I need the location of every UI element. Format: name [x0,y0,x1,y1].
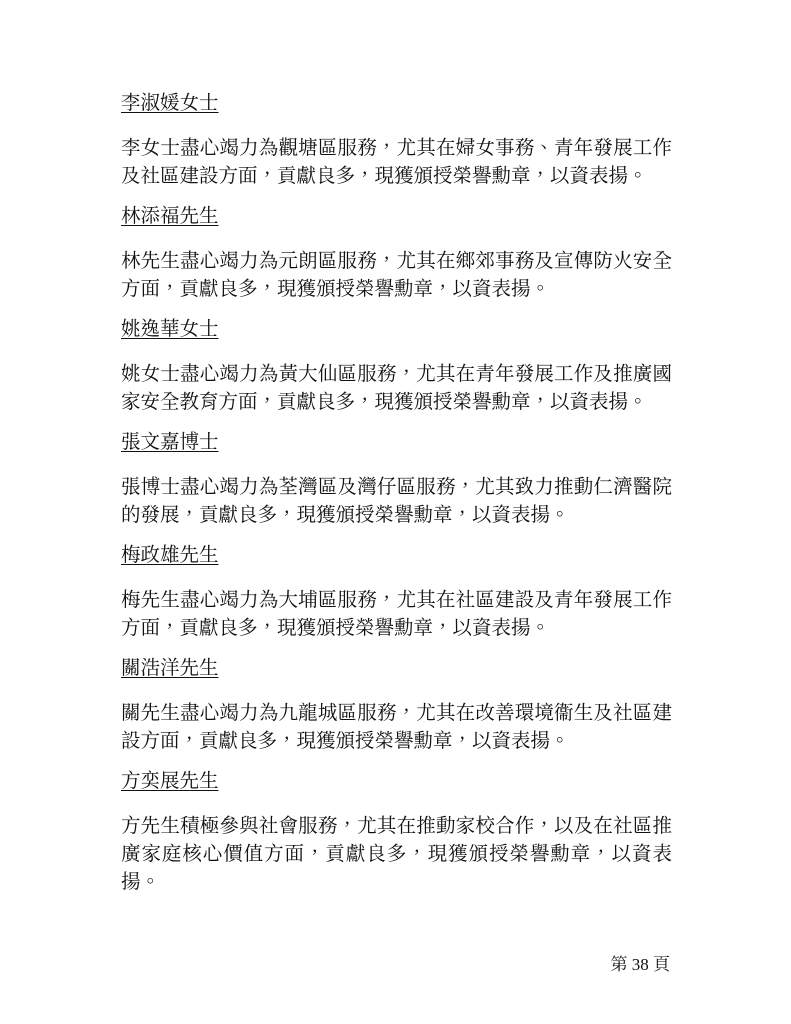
recipient-name: 李淑媛女士 [121,90,672,118]
award-entry: 林添福先生 林先生盡心竭力為元朗區服務，尤其在鄉郊事務及宣傳防火安全方面，貢獻良… [121,203,672,304]
citation-text: 林先生盡心竭力為元朗區服務，尤其在鄉郊事務及宣傳防火安全方面，貢獻良多，現獲頒授… [121,248,672,304]
page-body: 李淑媛女士 李女士盡心竭力為觀塘區服務，尤其在婦女事務、青年發展工作及社區建設方… [121,90,672,909]
recipient-name: 關浩洋先生 [121,655,672,683]
award-entry: 方奕展先生 方先生積極參與社會服務，尤其在推動家校合作，以及在社區推廣家庭核心價… [121,768,672,897]
citation-text: 方先生積極參與社會服務，尤其在推動家校合作，以及在社區推廣家庭核心價值方面，貢獻… [121,813,672,897]
citation-text: 梅先生盡心竭力為大埔區服務，尤其在社區建設及青年發展工作方面，貢獻良多，現獲頒授… [121,587,672,643]
recipient-name: 梅政雄先生 [121,542,672,570]
citation-text: 關先生盡心竭力為九龍城區服務，尤其在改善環境衞生及社區建設方面，貢獻良多，現獲頒… [121,700,672,756]
award-entry: 李淑媛女士 李女士盡心竭力為觀塘區服務，尤其在婦女事務、青年發展工作及社區建設方… [121,90,672,191]
citation-text: 張博士盡心竭力為荃灣區及灣仔區服務，尤其致力推動仁濟醫院的發展，貢獻良多，現獲頒… [121,474,672,530]
page-footer: 第 38 頁 [0,953,670,977]
award-entry: 姚逸華女士 姚女士盡心竭力為黃大仙區服務，尤其在青年發展工作及推廣國家安全教育方… [121,316,672,417]
recipient-name: 林添福先生 [121,203,672,231]
citation-text: 姚女士盡心竭力為黃大仙區服務，尤其在青年發展工作及推廣國家安全教育方面，貢獻良多… [121,361,672,417]
recipient-name: 姚逸華女士 [121,316,672,344]
citation-text: 李女士盡心竭力為觀塘區服務，尤其在婦女事務、青年發展工作及社區建設方面，貢獻良多… [121,135,672,191]
recipient-name: 張文嘉博士 [121,429,672,457]
award-entry: 關浩洋先生 關先生盡心竭力為九龍城區服務，尤其在改善環境衞生及社區建設方面，貢獻… [121,655,672,756]
award-entry: 張文嘉博士 張博士盡心竭力為荃灣區及灣仔區服務，尤其致力推動仁濟醫院的發展，貢獻… [121,429,672,530]
page-number: 第 38 頁 [611,955,671,974]
award-entry: 梅政雄先生 梅先生盡心竭力為大埔區服務，尤其在社區建設及青年發展工作方面，貢獻良… [121,542,672,643]
recipient-name: 方奕展先生 [121,768,672,796]
document-page: 李淑媛女士 李女士盡心竭力為觀塘區服務，尤其在婦女事務、青年發展工作及社區建設方… [0,0,791,1024]
